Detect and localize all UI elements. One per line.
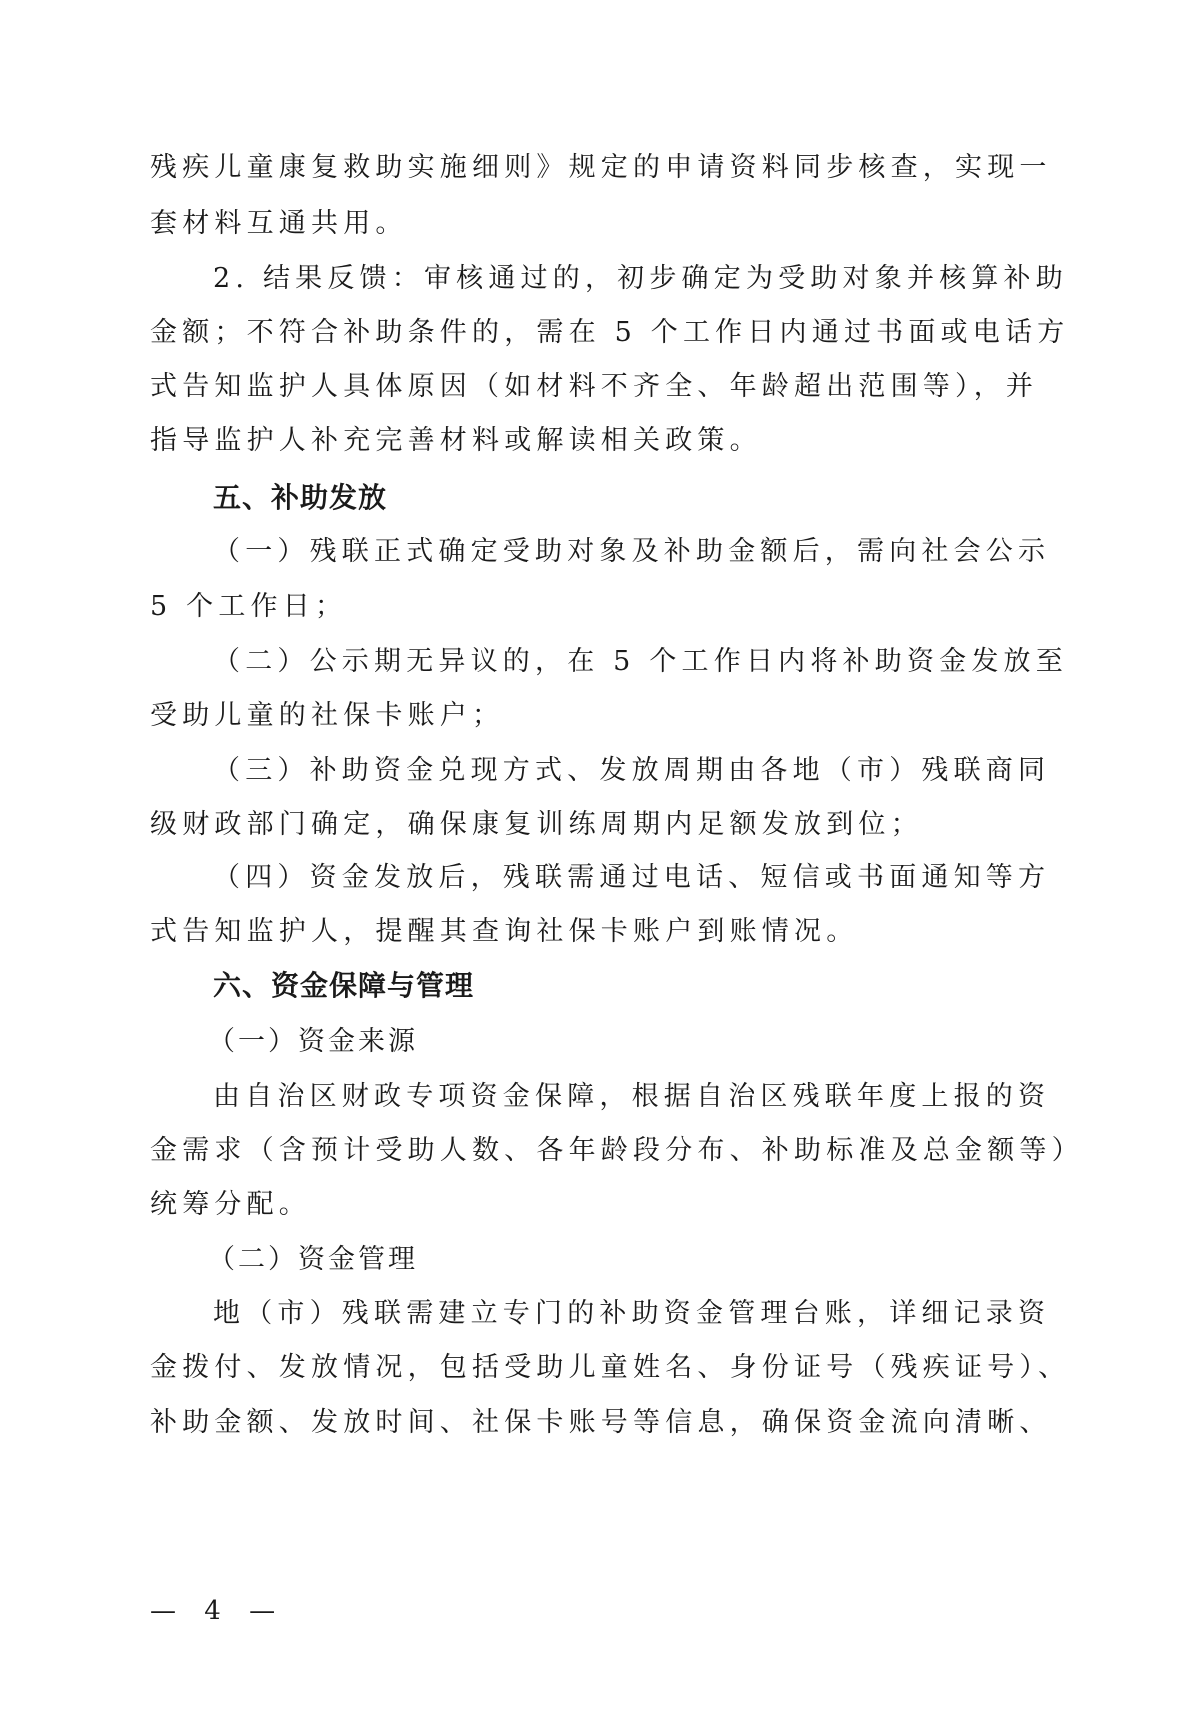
paragraph-line: （一）残联正式确定受助对象及补助金额后，需向社会公示: [213, 534, 1070, 570]
paragraph-line: 金拨付、发放情况，包括受助儿童姓名、身份证号（残疾证号）、: [150, 1350, 1070, 1386]
subsection-heading: （二）资金管理: [208, 1242, 1128, 1278]
paragraph-line: 5 个工作日；: [150, 589, 1070, 625]
paragraph-line: 2. 结果反馈：审核通过的，初步确定为受助对象并核算补助: [213, 261, 1070, 297]
paragraph-line: 补助金额、发放时间、社保卡账号等信息，确保资金流向清晰、: [150, 1405, 1070, 1441]
paragraph-line: 金额；不符合补助条件的，需在 5 个工作日内通过书面或电话方: [150, 315, 1070, 351]
paragraph-line: 式告知监护人，提醒其查询社保卡账户到账情况。: [150, 914, 1070, 950]
paragraph-line: 残疾儿童康复救助实施细则》规定的申请资料同步核查，实现一: [150, 150, 1070, 186]
paragraph-line: 套材料互通共用。: [150, 206, 1070, 242]
page-number: — 4 —: [150, 1593, 285, 1629]
paragraph-line: 指导监护人补充完善材料或解读相关政策。: [150, 423, 1070, 459]
document-page: 残疾儿童康复救助实施细则》规定的申请资料同步核查，实现一套材料互通共用。2. 结…: [0, 0, 1192, 1716]
paragraph-line: 级财政部门确定，确保康复训练周期内足额发放到位；: [150, 807, 1070, 843]
paragraph-line: （三）补助资金兑现方式、发放周期由各地（市）残联商同: [213, 753, 1070, 789]
subsection-heading: （一）资金来源: [208, 1024, 1128, 1060]
paragraph-line: 金需求（含预计受助人数、各年龄段分布、补助标准及总金额等）: [150, 1133, 1070, 1169]
section-heading: 六、资金保障与管理: [213, 968, 1070, 1004]
paragraph-line: 受助儿童的社保卡账户；: [150, 698, 1070, 734]
paragraph-line: 统筹分配。: [150, 1187, 1070, 1223]
paragraph-line: 式告知监护人具体原因（如材料不齐全、年龄超出范围等），并: [150, 369, 1070, 405]
paragraph-line: （二）公示期无异议的，在 5 个工作日内将补助资金发放至: [213, 644, 1070, 680]
paragraph-line: 由自治区财政专项资金保障，根据自治区残联年度上报的资: [213, 1079, 1070, 1115]
paragraph-line: 地（市）残联需建立专门的补助资金管理台账，详细记录资: [213, 1296, 1070, 1332]
paragraph-line: （四）资金发放后，残联需通过电话、短信或书面通知等方: [213, 860, 1070, 896]
section-heading: 五、补助发放: [213, 480, 1070, 516]
